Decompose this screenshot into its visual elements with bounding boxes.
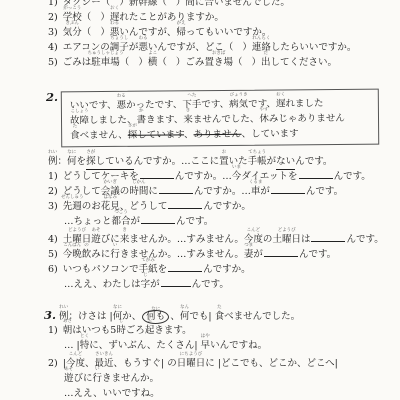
text-segment: か、 [122,311,141,322]
furigana: ちゅうしゃじょう [88,52,124,57]
underlined-answer: さが探 [86,154,96,170]
furigana: じかん [132,181,146,186]
text-segment: 5) [48,57,58,68]
furigana: だ [264,52,269,57]
furigana: こんばん [63,244,81,249]
crossed-out-word: さが探 [128,128,138,143]
furigana: つま [244,244,253,249]
base-text: 帰 [176,27,186,38]
text-line: た食べません、さが探しています、ありません、しています [70,126,370,144]
base-text: 出 [261,57,271,68]
text-segment: 1) [48,171,58,182]
base-text: 来 [120,234,130,245]
text-segment: に |どこでも、どこか、どこへ| [205,358,338,369]
base-text: 置 [219,156,229,167]
text-segment: なに何 [67,154,77,169]
text-line: 2)どうしてかいぎ会議のじかん時間にんですか。…くるま車がんです。 [0,184,400,199]
text-segment: れました [285,98,323,109]
crossed-out-word: ありません [193,129,241,140]
text-segment: いつもパソコンで [63,264,139,275]
text-segment: んですか。 [203,264,251,275]
base-text: 来 [183,114,193,125]
text-segment: んです。 [295,156,332,167]
text-segment: を [77,156,87,167]
text-segment: … | [64,340,80,351]
text-segment: あさ朝 [63,323,73,338]
furigana: やす [260,108,269,113]
text-line: 4)どようび土曜日あそ遊びにき来ませんか。…すみません。こんど今度のどようび土曜… [0,232,400,247]
text-segment: い行 [110,247,120,262]
text-line: …ちょっとつごう都合がんです。 [0,214,400,229]
furigana: あさ [63,320,72,325]
text-segment: きませんか。…すみません。 [120,249,244,260]
text-segment: に合いませんでした。 [195,0,290,8]
text-segment: びに [74,373,93,384]
base-text: 今 [232,171,242,182]
blank-line [271,184,305,194]
worksheet-page: 1)タクシー（ ）しんかんせん新幹線（ ）ま間に合いませんでした。2)がっこう学… [0,0,400,400]
furigana: さが [86,151,95,156]
text-segment: だ出 [261,55,271,70]
text-segment: でも| [189,311,214,322]
furigana: なに [151,308,160,313]
furigana: い [95,368,100,373]
base-text: 探 [86,156,96,167]
section-number: 3. [44,308,56,322]
text-segment: …ちょっと [64,216,112,227]
blank-line [141,214,175,224]
text-segment: しんかんせん新幹線 [129,0,158,10]
word-box-lines: いいです、わる悪かったです、へた下手です、びょうき病気です、おく遅れましたこしょ… [70,96,370,144]
base-text: 気分 [63,27,82,38]
text-segment: 2) [48,12,58,23]
furigana: さが [128,124,137,129]
furigana: い [113,244,118,249]
text-segment: わる悪 [138,40,148,55]
furigana: き [186,109,191,114]
base-text: 横 [148,57,158,68]
furigana: なに [67,151,76,156]
blank-line [299,169,333,179]
text-line: …ええ、わたしはじ字がんです。 [0,277,400,292]
base-text: 遊 [64,373,74,384]
base-text: 今晩 [63,249,82,260]
text-segment: お置 [219,154,229,169]
text-segment: のお [82,201,101,212]
furigana: こんど [247,229,261,234]
furigana: おきば [212,52,226,57]
text-segment: が [129,42,139,53]
text-segment: き来 [120,232,130,247]
text-segment: か書 [136,113,146,128]
text-segment: いんですが、どこ（ ） [148,42,252,53]
text-segment: じ時 [116,323,126,338]
text-segment: ごみは [63,57,92,68]
text-segment: んです。 [299,249,336,260]
blank-line [168,199,202,209]
text-segment: ま間 [185,0,195,10]
text-segment: んですか。…ここに [134,156,220,167]
word-choice-box: いいです、わる悪かったです、へた下手です、びょうき病気です、おく遅れましたこしょ… [61,89,379,148]
text-segment: にちようび日曜日 [177,356,206,371]
text-segment: 、 [85,358,95,369]
text-segment: 、もうすぐ| の [114,358,177,369]
base-text: 行 [110,249,120,260]
text-segment: んですか。… [175,171,232,182]
base-text: 駐車場 [91,57,120,68]
furigana: わる [139,37,148,42]
text-segment: 、しています [242,128,299,139]
furigana: よこ [148,52,157,57]
text-segment: んですか。… [194,186,251,197]
furigana: つごう [114,211,128,216]
underlined-answer: している [96,154,134,170]
text-segment: よこ横 [148,55,158,70]
furigana: こしょう [70,110,88,115]
base-text: 置き場 [204,57,233,68]
text-segment: が [260,186,270,197]
exercise-2-header: 2. いいです、わる悪かったです、へた下手です、びょうき病気です、おく遅れました… [0,90,400,146]
exercise-2: 2. いいです、わる悪かったです、へた下手です、びょうき病気です、おく遅れました… [0,90,400,292]
text-line: 2)|こんど今度、さいきん最近、もうすぐ| のにちようび日曜日に |どこでも、ど… [0,356,400,371]
base-text: 病気 [229,99,248,110]
text-segment: んです。 [176,216,213,227]
text-line: 5)こんばん今晩の飲みにい行きませんか。…すみません。つま妻がんです。 [0,247,400,262]
furigana: くるま [249,181,263,186]
text-segment: なん何 [180,309,190,324]
text-segment: んですか。 [203,201,251,212]
text-line: 1)どうしてケーキをんですか。…いま今ダイエットをんです。 [0,169,400,184]
text-segment: た食 [70,128,80,143]
text-line: 3.れい例：けさは |なに何か、なに何も、なん何でも| た食べませんでした。 [0,308,400,323]
text-segment: です、 [201,99,229,110]
base-text: 悪 [117,100,127,111]
text-segment: んです。 [192,279,229,290]
base-text: 妻 [244,249,254,260]
text-line: 3)せんしゅう先週のおはなみ花見、どうしてんですか。 [0,199,400,214]
text-segment: が [253,249,263,260]
text-segment: んです。 [346,234,383,245]
text-segment: は [301,234,311,245]
furigana: てがみ [141,259,155,264]
base-text: 探 [128,130,138,141]
text-line: 5)ごみはちゅうしゃじょう駐車場（ ）よこ横（ ）ごみおきば置き場（ ）だ出して… [0,55,400,70]
text-segment: 2) [48,186,58,197]
base-text: 時間 [129,186,148,197]
furigana: どようび [278,229,296,234]
text-segment: の [120,186,130,197]
text-segment: はいつも5 [72,325,116,336]
furigana: かえ [177,22,186,27]
furigana: とく [80,335,89,340]
furigana: じ [119,320,124,325]
blank-line [311,232,345,242]
furigana: ちょうし [110,37,128,42]
text-segment: ：けさは | [69,311,113,322]
furigana: おく [276,93,285,98]
text-segment: くるま車 [251,184,261,199]
base-text: 特 [80,340,90,351]
text-segment: やす休 [259,112,269,127]
blank-line [140,169,174,179]
text-segment: 6) [48,264,58,275]
base-text: 朝 [63,325,73,336]
text-segment: じかん時間 [129,184,148,199]
furigana: はなみ [104,196,118,201]
text-segment: どようび土曜日 [272,232,301,247]
base-text: 休 [259,114,269,125]
text-segment: い行 [93,371,103,386]
exercise-2-number: 2. [46,90,58,104]
text-segment: べません、 [80,130,128,141]
text-line: 6)いつもパソコンでてがみ手紙をんですか。 [0,262,400,277]
furigana: じ [143,274,148,279]
furigana: へた [187,94,196,99]
text-segment: 3) [48,27,58,38]
furigana: き [122,229,127,234]
base-text: 新幹線 [129,0,158,8]
text-line: 1)タクシー（ ）しんかんせん新幹線（ ）ま間に合いませんでした。 [0,0,400,10]
text-segment: いんですね。 [210,340,267,351]
furigana: れんらく [252,37,270,42]
text-segment: んです。 [334,171,371,182]
text-segment: ませんでした、 [193,114,260,126]
blank-line [264,247,298,257]
text-segment: おきば置き場 [204,55,233,70]
furigana: はや [201,335,210,340]
text-segment: あそ遊 [64,371,74,386]
text-line: 3)きぶん気分（ ）わる悪いんですが、かえ帰ってもいいですか。 [0,25,400,40]
furigana: の [84,244,89,249]
text-segment: 1) [48,325,58,336]
base-text: 飲 [82,249,92,260]
text-segment: じ字 [141,277,151,292]
text-segment: 4) [48,42,58,53]
base-text: 遊 [91,234,101,245]
base-text: 間 [185,0,195,8]
furigana: どようび [68,229,86,234]
text-segment: つごう都合 [112,214,131,229]
furigana: あそ [64,368,73,373]
text-segment: ませんか。…すみません。 [129,234,244,245]
text-segment: みに [91,249,110,260]
exercise-3-lines: 3.れい例：けさは |なに何か、なに何も、なん何でも| た食べませんでした。1)… [0,308,400,400]
furigana: こんど [69,353,83,358]
base-text: 何 [180,311,190,322]
underlined-answer: ない [276,154,295,170]
text-segment: の飲 [82,247,92,262]
base-text: 書 [137,115,147,126]
text-line: …ええ、いいですね。 [0,386,400,400]
furigana: れい [48,151,57,156]
text-line: あそ遊びにい行きませんか。 [0,371,400,386]
base-text: 例 [48,156,58,167]
text-segment: 、 [170,311,180,322]
text-segment: （ ） [233,57,261,68]
furigana: かいぎ [104,181,118,186]
furigana: さいきん [95,353,113,358]
furigana: お [147,320,152,325]
text-segment: …ええ、わたしは [64,279,141,290]
base-text: 手帳 [248,156,267,167]
furigana: てちょう [248,151,266,156]
base-text: 車 [251,186,261,197]
furigana: お [222,151,227,156]
furigana: あそ [92,229,101,234]
text-segment: （ ）ごみ [157,57,204,68]
base-text: 食 [70,130,80,141]
furigana: わる [110,22,119,27]
text-segment: れい例 [48,154,58,169]
text-segment: が [131,216,141,227]
furigana: わる [117,94,126,99]
furigana: なん [180,306,189,311]
text-segment: きぶん気分 [63,25,82,40]
text-segment: …ええ、いいですね。 [64,388,160,399]
text-segment: た食 [215,309,225,324]
text-segment: べませんでした。 [224,311,300,322]
text-segment: （ ） [120,57,148,68]
text-segment: どうしてケーキを [63,171,139,182]
text-segment: てちょう手帳 [248,154,267,169]
text-segment: に、ずいぶん、たくさん| [89,340,200,351]
text-segment: したらいいですか。 [271,42,357,53]
text-segment: ： [58,156,68,167]
text-line: れい例：なに何をさが探しているんですか。…ここにお置いたてちょう手帳がないんです… [0,154,400,169]
base-text: 何 [67,156,77,167]
text-segment: こんばん今晩 [63,247,82,262]
furigana: がっこう [63,7,81,12]
base-text: 都合 [112,216,131,227]
text-segment: 4) [48,234,58,245]
text-segment: が [267,156,277,167]
base-text: 字 [141,279,151,290]
base-text: 手紙 [139,264,158,275]
text-segment: 5) [48,249,58,260]
base-text: 時 [116,325,126,336]
text-segment: きませんか。 [102,373,159,384]
text-segment: かえ帰 [176,25,186,40]
text-segment: れたことがありますか。 [119,12,224,23]
text-segment: きます、 [146,114,183,125]
furigana: にちようび [180,353,203,358]
furigana: びょうき [230,93,248,98]
furigana: なに [113,306,122,311]
exercise-3: 3.れい例：けさは |なに何か、なに何も、なん何でも| た食べませんでした。1)… [0,308,400,400]
furigana: れい [59,306,68,311]
exercise-1: 1)タクシー（ ）しんかんせん新幹線（ ）ま間に合いませんでした。2)がっこう学… [0,0,400,70]
blank-line [159,184,193,194]
text-segment: わる悪 [117,98,127,113]
text-segment: てがみ手紙 [139,262,158,277]
text-segment: んです。 [306,186,343,197]
exercise-2-lines: れい例：なに何をさが探しているんですか。…ここにお置いたてちょう手帳がないんです… [0,154,400,292]
text-line: 2)がっこう学校（ ）おく遅れたことがありますか。 [0,10,400,25]
furigana: きぶん [66,22,80,27]
text-segment: き来 [183,112,193,127]
text-segment: おく遅 [276,96,286,111]
text-segment: （ ） [82,12,110,23]
text-segment: （ ） [82,27,110,38]
furigana: おく [110,7,119,12]
circled-answer: なに何も [142,310,169,324]
text-segment: の [263,234,273,245]
base-text: 日曜日 [177,358,206,369]
base-text: 食 [215,311,225,322]
base-text: 土曜日 [272,234,301,245]
text-segment: つま妻 [244,247,254,262]
text-segment: きます。 [154,325,191,336]
text-segment: に [148,186,158,197]
base-text: 起 [145,325,155,336]
text-segment: あそ遊 [91,232,101,247]
text-segment: お起 [145,323,155,338]
text-segment: 1) [48,0,58,8]
text-segment: を [158,264,168,275]
furigana: いま [232,166,241,171]
blank-line [168,262,202,272]
base-text: 行 [93,373,103,384]
furigana: か [139,109,144,114]
crossed-out-word: しています [137,129,184,140]
text-segment: せんしゅう先週 [63,199,82,214]
furigana: た [217,306,222,311]
exercise-1-lines: 1)タクシー（ ）しんかんせん新幹線（ ）ま間に合いませんでした。2)がっこう学… [0,0,400,70]
base-text: 早 [201,340,211,351]
text-segment: ごろ [126,325,145,336]
text-line: 4)エアコンのちょうし調子がわる悪いんですが、どこ（ ）れんらく連絡したらいいで… [0,40,400,55]
base-text: 遅 [276,98,286,109]
furigana: せんしゅう [61,196,84,201]
base-text: 悪 [138,42,148,53]
text-segment: 2) [48,358,58,369]
text-segment: かったです、 [126,99,182,110]
text-segment: みじゃありません [269,113,345,125]
text-segment: 3) [48,201,58,212]
blank-line [161,277,191,287]
text-segment: びょうき病気 [229,97,248,112]
furigana: た [73,125,78,130]
text-segment: してください。 [271,57,338,68]
text-segment: が [150,279,160,290]
text-segment: ちゅうしゃじょう駐車場 [91,55,120,70]
text-segment: いま今 [232,169,242,184]
text-segment: （ ） [157,0,185,8]
base-text: 先週 [63,201,82,212]
